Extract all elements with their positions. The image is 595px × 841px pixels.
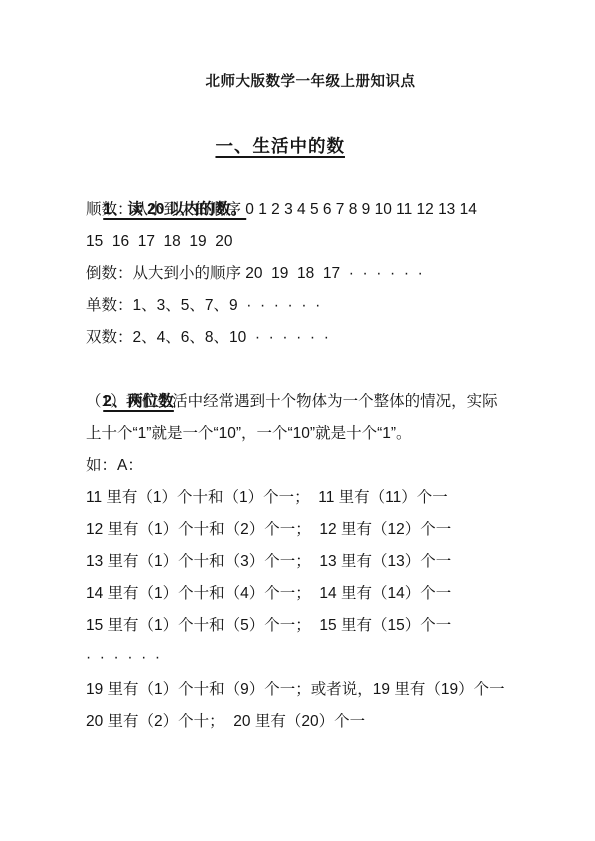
text-line-14: 14 里有（1）个十和（4）个一； 14 里有（14）个一 (86, 578, 535, 610)
section-1-heading: 1、读 20 以内的数。 (86, 162, 535, 194)
text-line-paragraph-1: （1）我们生活中经常遇到十个物体为一个整体的情况，实际 (86, 386, 535, 418)
section-2-heading: 2、两位数 (86, 354, 535, 386)
text-line-paragraph-2: 上十个“1”就是一个“10”，一个“10”就是十个“1”。 (86, 418, 535, 450)
text-line-12: 12 里有（1）个十和（2）个一； 12 里有（12）个一 (86, 514, 535, 546)
text-line-daoshu: 倒数：从大到小的顺序 20 19 18 17 · · · · · · (86, 258, 535, 290)
text-line-shuangshu: 双数：2、4、6、8、10 · · · · · · (86, 322, 535, 354)
text-line-ellipsis: · · · · · · (86, 642, 535, 674)
page-title: 北师大版数学一年级上册知识点 (86, 66, 535, 98)
text-line-15: 15 里有（1）个十和（5）个一； 15 里有（15）个一 (86, 610, 535, 642)
text-line-19: 19 里有（1）个十和（9）个一；或者说，19 里有（19）个一 (86, 674, 535, 706)
text-line-danshu: 单数：1、3、5、7、9 · · · · · · (86, 290, 535, 322)
page-subtitle: 一、生活中的数 (44, 98, 493, 130)
text-line-example-label: 如：A： (86, 450, 535, 482)
text-line-15-to-20: 15 16 17 18 19 20 (86, 226, 535, 258)
text-line-13: 13 里有（1）个十和（3）个一； 13 里有（13）个一 (86, 546, 535, 578)
text-line-11: 11 里有（1）个十和（1）个一； 11 里有（11）个一 (86, 482, 535, 514)
text-line-shunshu: 顺数：从小到大的顺序 0 1 2 3 4 5 6 7 8 9 10 11 12 … (86, 194, 535, 226)
text-line-20: 20 里有（2）个十； 20 里有（20）个一 (86, 706, 535, 738)
page-subtitle-text: 一、生活中的数 (215, 136, 345, 156)
document-page: 北师大版数学一年级上册知识点 一、生活中的数 1、读 20 以内的数。 顺数：从… (0, 0, 595, 841)
